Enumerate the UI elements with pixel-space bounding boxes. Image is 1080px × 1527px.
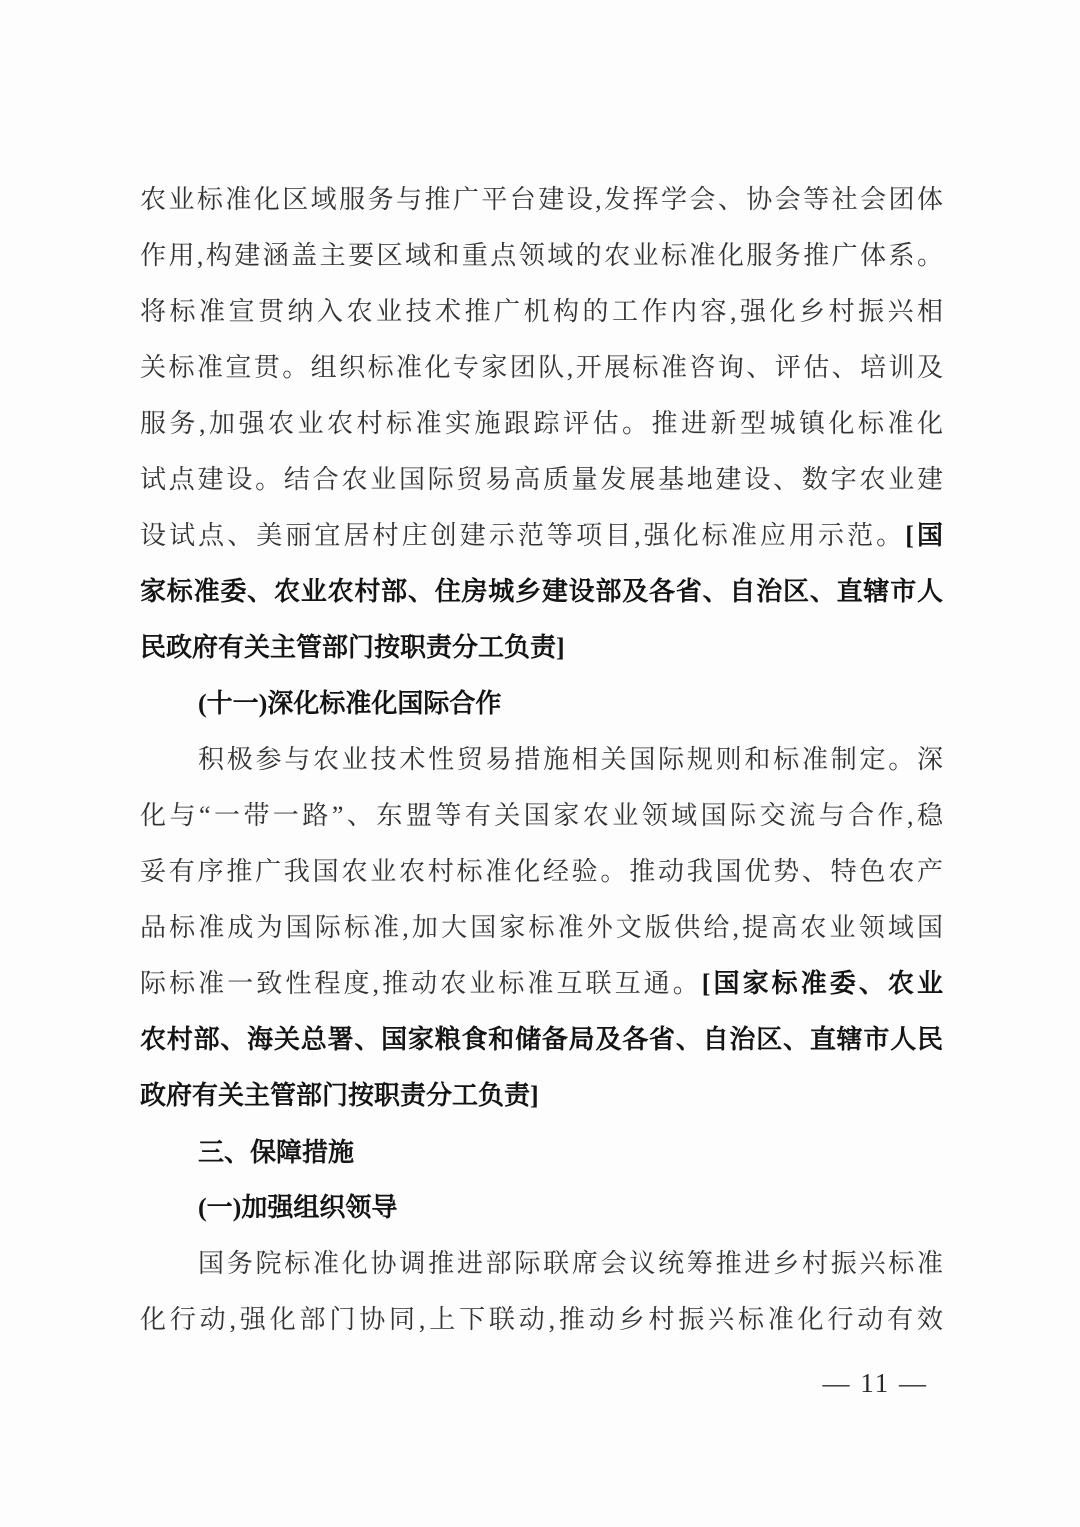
text-line: 家标准委、农业农村部、住房城乡建设部及各省、自治区、直辖市人 [140, 564, 943, 620]
document-text-block: 农业标准化区域服务与推广平台建设,发挥学会、协会等社会团体作用,构建涵盖主要区域… [140, 172, 943, 1348]
text-line: 积极参与农业技术性贸易措施相关国际规则和标准制定。深 [140, 732, 943, 788]
text-line: 妥有序推广我国农业农村标准化经验。推动我国优势、特色农产 [140, 844, 943, 900]
document-page: 农业标准化区域服务与推广平台建设,发挥学会、协会等社会团体作用,构建涵盖主要区域… [0, 0, 1080, 1527]
text-segment: 民政府有关主管部门按职责分工负责] [140, 633, 565, 662]
text-segment: 化与“一带一路”、东盟等有关国家农业领域国际交流与合作,稳 [140, 801, 943, 830]
text-line: 服务,加强农业农村标准实施跟踪评估。推进新型城镇化标准化 [140, 396, 943, 452]
text-segment: 关标准宣贯。组织标准化专家团队,开展标准咨询、评估、培训及 [140, 353, 943, 382]
text-segment: [国 [905, 521, 943, 550]
text-segment: 化行动,强化部门协同,上下联动,推动乡村振兴标准化行动有效 [140, 1305, 943, 1334]
text-line: 将标准宣贯纳入农业技术推广机构的工作内容,强化乡村振兴相 [140, 284, 943, 340]
text-line: 政府有关主管部门按职责分工负责] [140, 1068, 943, 1124]
text-line: 农村部、海关总署、国家粮食和储备局及各省、自治区、直辖市人民 [140, 1012, 943, 1068]
text-segment: 国务院标准化协调推进部际联席会议统筹推进乡村振兴标准 [198, 1249, 943, 1278]
text-line: 三、保障措施 [140, 1124, 943, 1180]
text-segment: 服务,加强农业农村标准实施跟踪评估。推进新型城镇化标准化 [140, 409, 943, 438]
text-segment: 际标准一致性程度,推动农业标准互联互通。 [140, 969, 702, 998]
text-line: 试点建设。结合农业国际贸易高质量发展基地建设、数字农业建 [140, 452, 943, 508]
text-line: 品标准成为国际标准,加大国家标准外文版供给,提高农业领域国 [140, 900, 943, 956]
text-segment: 设试点、美丽宜居村庄创建示范等项目,强化标准应用示范。 [140, 521, 905, 550]
text-line: 化行动,强化部门协同,上下联动,推动乡村振兴标准化行动有效 [140, 1292, 943, 1348]
text-segment: 积极参与农业技术性贸易措施相关国际规则和标准制定。深 [198, 745, 943, 774]
text-segment: 将标准宣贯纳入农业技术推广机构的工作内容,强化乡村振兴相 [140, 297, 943, 326]
text-segment: 三、保障措施 [198, 1137, 354, 1167]
text-segment: 品标准成为国际标准,加大国家标准外文版供给,提高农业领域国 [140, 913, 943, 942]
text-segment: 农村部、海关总署、国家粮食和储备局及各省、自治区、直辖市人民 [140, 1025, 943, 1054]
text-line: 化与“一带一路”、东盟等有关国家农业领域国际交流与合作,稳 [140, 788, 943, 844]
text-line: 作用,构建涵盖主要区域和重点领域的农业标准化服务推广体系。 [140, 228, 943, 284]
text-segment: 妥有序推广我国农业农村标准化经验。推动我国优势、特色农产 [140, 857, 943, 886]
text-segment: 农业标准化区域服务与推广平台建设,发挥学会、协会等社会团体 [140, 185, 943, 214]
text-line: 际标准一致性程度,推动农业标准互联互通。[国家标准委、农业 [140, 956, 943, 1012]
text-segment: 政府有关主管部门按职责分工负责] [140, 1081, 539, 1110]
text-segment: 家标准委、农业农村部、住房城乡建设部及各省、自治区、直辖市人 [140, 577, 943, 606]
text-line: 国务院标准化协调推进部际联席会议统筹推进乡村振兴标准 [140, 1236, 943, 1292]
text-line: 民政府有关主管部门按职责分工负责] [140, 620, 943, 676]
text-segment: 试点建设。结合农业国际贸易高质量发展基地建设、数字农业建 [140, 465, 943, 494]
text-line: (十一)深化标准化国际合作 [140, 676, 943, 732]
text-segment: (一)加强组织领导 [198, 1193, 397, 1222]
text-segment: (十一)深化标准化国际合作 [198, 689, 501, 718]
text-line: (一)加强组织领导 [140, 1180, 943, 1236]
text-segment: 作用,构建涵盖主要区域和重点领域的农业标准化服务推广体系。 [140, 241, 943, 270]
page-number: — 11 — [823, 1363, 929, 1403]
text-segment: [国家标准委、农业 [702, 969, 943, 998]
text-line: 关标准宣贯。组织标准化专家团队,开展标准咨询、评估、培训及 [140, 340, 943, 396]
text-line: 农业标准化区域服务与推广平台建设,发挥学会、协会等社会团体 [140, 172, 943, 228]
text-line: 设试点、美丽宜居村庄创建示范等项目,强化标准应用示范。[国 [140, 508, 943, 564]
